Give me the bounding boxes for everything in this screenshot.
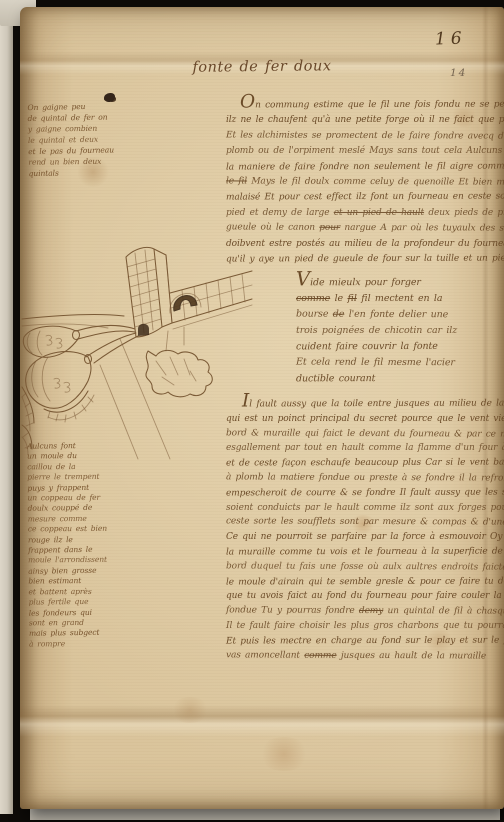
- margin-note-yield: On gaigne peude quintal de fer ony gaign…: [27, 100, 138, 179]
- paper-stain: [258, 737, 310, 771]
- margin-note-mould: Aulcuns fontun moule ducaillou de lapier…: [27, 440, 133, 649]
- paragraph-melting-wire: On commung estime que le fil une fois fo…: [226, 98, 504, 267]
- brick-wall-furnace-icon: [126, 247, 172, 337]
- secondary-folio-number: 14: [450, 67, 467, 79]
- underlying-page-bottom-edge: [30, 808, 500, 820]
- bottom-fold-crease: [20, 705, 504, 737]
- double-bellows-icon: [23, 325, 170, 459]
- page-heading: fonte de fer doux: [178, 58, 346, 76]
- manuscript-page: 16 fonte de fer doux 14 On gaigne peude …: [20, 7, 504, 809]
- paragraph-inset-note: Vide mieulx pour forgercomme le fil fil …: [296, 275, 501, 387]
- bench-lines: [22, 315, 124, 328]
- folio-number: 16: [435, 28, 467, 49]
- paper-stain: [170, 697, 210, 723]
- paragraph-furnace-operation: Il fault aussy que la toile entre jusque…: [226, 397, 504, 663]
- furnace-drawing: [20, 239, 254, 463]
- rough-stone-base-icon: [146, 327, 212, 397]
- underlying-page-edge: [0, 0, 13, 814]
